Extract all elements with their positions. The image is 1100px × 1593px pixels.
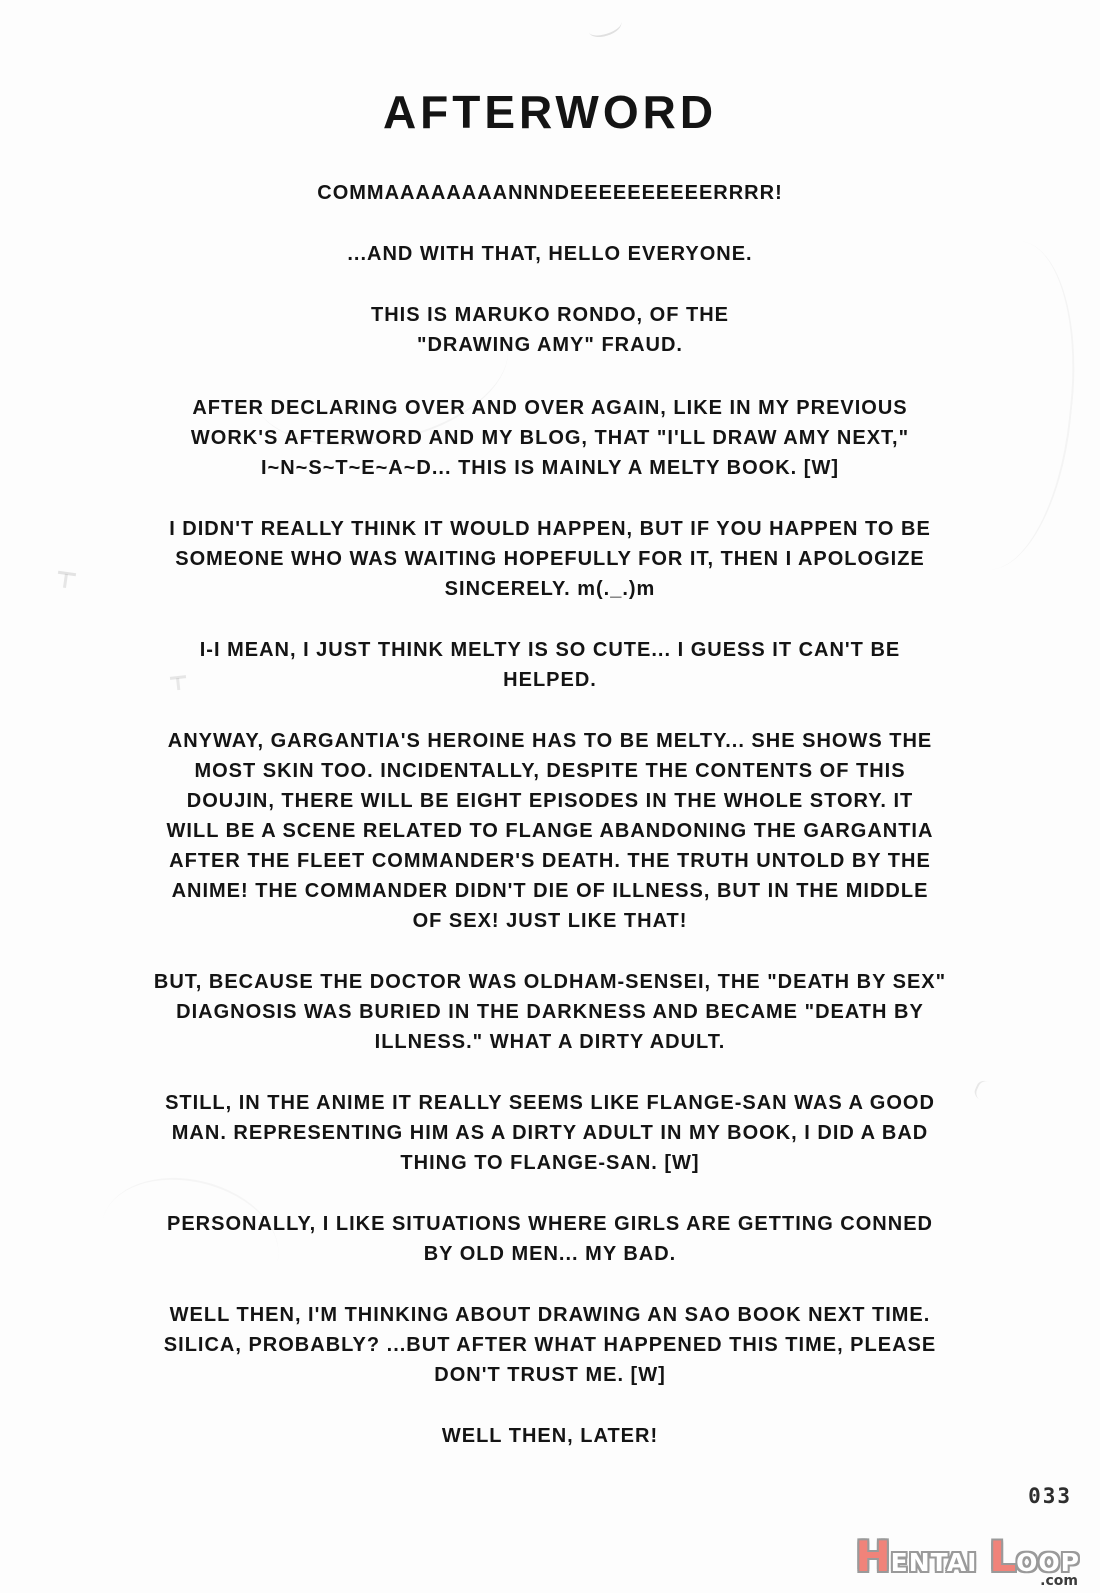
logo-letter-l: L (989, 1536, 1016, 1578)
hentailoop-logo: HENTAILOOP.com (855, 1536, 1080, 1588)
afterword-paragraph: THIS IS MARUKO RONDO, OF THE "DRAWING AM… (70, 300, 1030, 360)
logo-text-oop: OOP (1016, 1550, 1080, 1575)
afterword-page: AFTERWORD COMMAAAAAAAANNNDEEEEEEEEEERRRR… (0, 0, 1100, 1593)
afterword-paragraph: ...AND WITH THAT, HELLO EVERYONE. (70, 239, 1030, 269)
afterword-paragraph: COMMAAAAAAAANNNDEEEEEEEEEERRRR! (70, 178, 1030, 208)
afterword-paragraph: STILL, IN THE ANIME IT REALLY SEEMS LIKE… (70, 1088, 1030, 1178)
afterword-content: AFTERWORD COMMAAAAAAAANNNDEEEEEEEEEERRRR… (0, 0, 1100, 1482)
afterword-paragraph: I-I MEAN, I JUST THINK MELTY IS SO CUTE.… (70, 635, 1030, 695)
afterword-paragraph: WELL THEN, LATER! (70, 1421, 1030, 1451)
logo-letter-h: H (855, 1536, 890, 1578)
afterword-paragraph: WELL THEN, I'M THINKING ABOUT DRAWING AN… (70, 1300, 1030, 1390)
logo-text-entai: ENTAI (891, 1550, 978, 1575)
page-number: 033 (1028, 1484, 1072, 1508)
afterword-paragraph: ANYWAY, GARGANTIA'S HEROINE HAS TO BE ME… (70, 726, 1030, 936)
afterword-paragraph: PERSONALLY, I LIKE SITUATIONS WHERE GIRL… (70, 1209, 1030, 1269)
afterword-paragraph: AFTER DECLARING OVER AND OVER AGAIN, LIK… (70, 393, 1030, 483)
page-title: AFTERWORD (70, 86, 1030, 138)
afterword-paragraph: BUT, BECAUSE THE DOCTOR WAS OLDHAM-SENSE… (70, 967, 1030, 1057)
afterword-paragraph: I DIDN'T REALLY THINK IT WOULD HAPPEN, B… (70, 514, 1030, 604)
